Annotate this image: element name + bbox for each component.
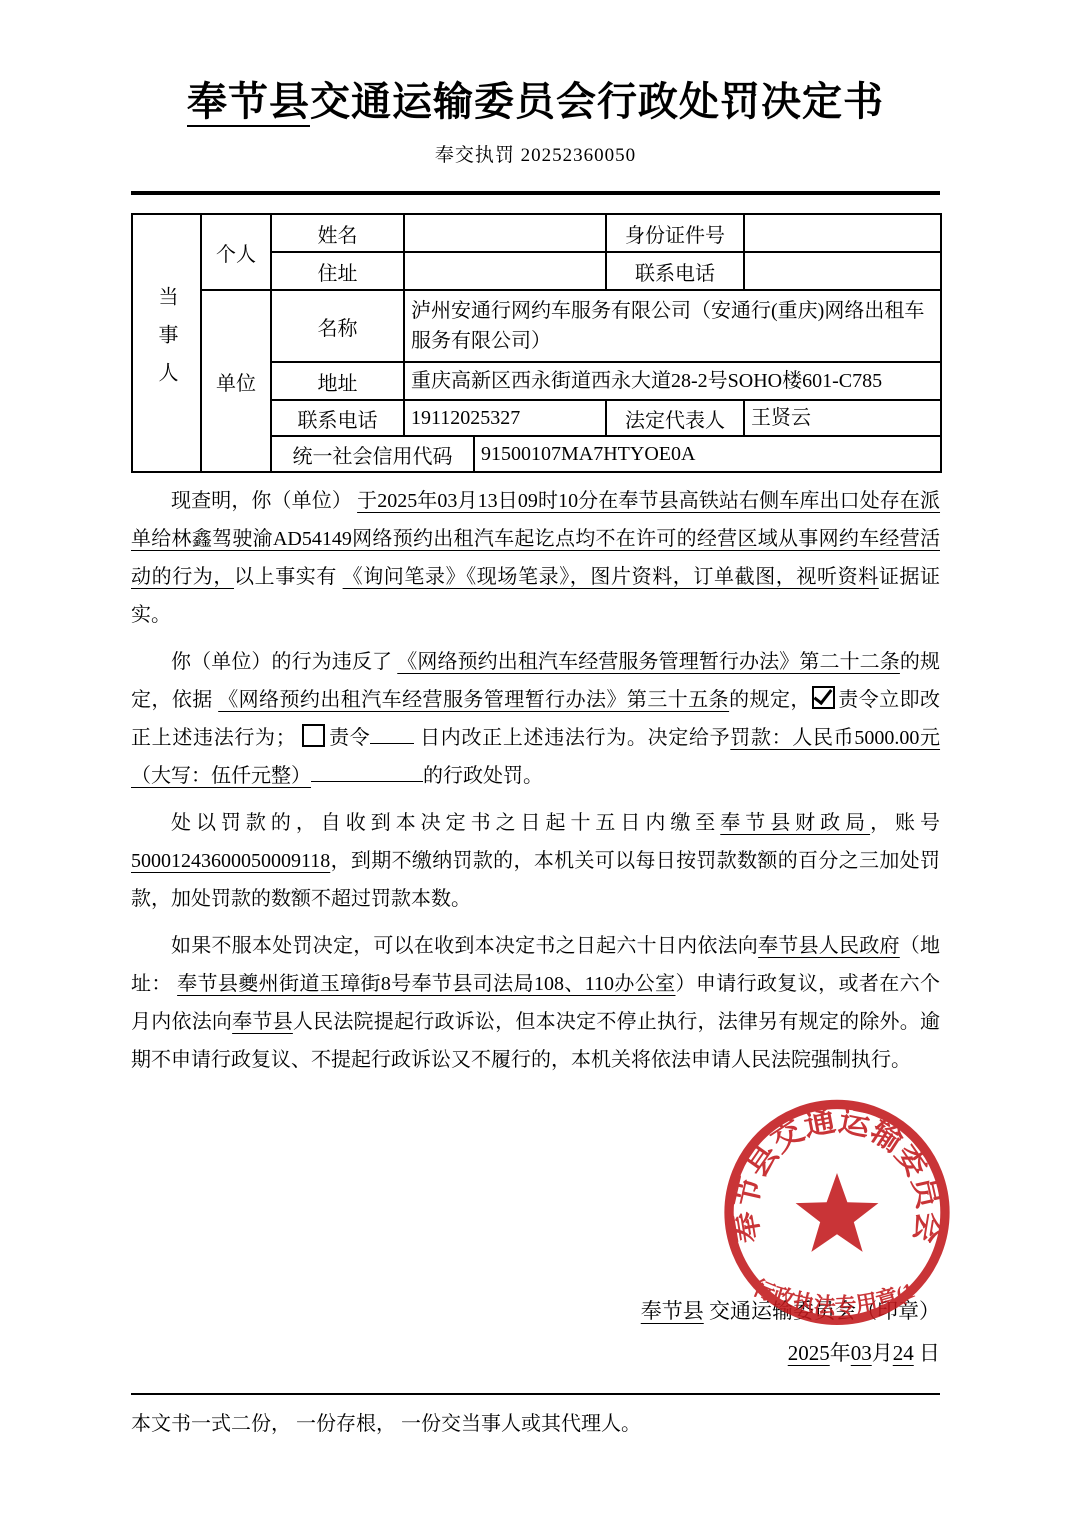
text-segment: 24 — [893, 1341, 914, 1365]
svg-text:奉节县交通运输委员会: 奉节县交通运输委员会 — [727, 1103, 947, 1246]
seal-star-icon — [796, 1173, 879, 1252]
uscc-value: 91500107MA7HTYOE0A — [474, 436, 941, 472]
text-segment: 你（单位）的行为违反了 — [171, 651, 397, 673]
text-segment: 日内改正上述违法行为。决定给予 — [414, 727, 730, 749]
text-segment: 《网络预约出租汽车经营服务管理暂行办法》第二十二条 — [397, 651, 900, 673]
text-segment: 奉节县 — [232, 1011, 293, 1033]
text-segment: 年 — [830, 1341, 851, 1365]
text-segment: 现查明，你（单位） — [171, 490, 357, 512]
id-value — [744, 214, 941, 252]
blank-underline — [311, 761, 423, 782]
document-content: 奉节县交通运输委员会行政处罚决定书 奉交执罚 20252360050 当事人 个… — [131, 0, 940, 1079]
issue-date: 2025年03月24 日 — [641, 1332, 940, 1374]
text-segment: 日 — [914, 1341, 940, 1365]
payment-paragraph: 处以罚款的，自收到本决定书之日起十五日内缴至奉节县财政局，账号500012436… — [131, 804, 940, 918]
table-row: 单位 名称 泸州安通行网约车服务有限公司（安通行(重庆)网络出租车服务有限公司） — [132, 290, 941, 362]
text-segment: 月 — [872, 1341, 893, 1365]
document-title: 奉节县交通运输委员会行政处罚决定书 — [131, 78, 940, 126]
text-segment: 奉节县财政局 — [720, 812, 870, 834]
text-segment: 责令 — [328, 727, 370, 749]
seal-ring — [729, 1104, 945, 1320]
issuing-agency-line: 奉节县 交通运输委员会（印章） — [641, 1290, 940, 1332]
uscc-label: 统一社会信用代码 — [271, 436, 474, 472]
name-value — [404, 214, 606, 252]
checkbox-checked-icon — [812, 686, 835, 709]
address-label: 住址 — [271, 252, 404, 290]
header-divider — [131, 191, 940, 195]
text-segment: 如果不服本处罚决定，可以在收到本决定书之日起六十日内依法向 — [171, 935, 758, 957]
text-segment: 奉节县夔州街道玉璋街8号奉节县司法局108、110办公室 — [177, 973, 675, 995]
text-segment: 《网络预约出租汽车经营服务管理暂行办法》第三十五条 — [218, 689, 729, 711]
penalty-decision-document: 奉节县交通运输委员会行政处罚决定书 奉交执罚 20252360050 当事人 个… — [0, 0, 1074, 1520]
svg-text:行政执法专用章(1): 行政执法专用章(1) — [712, 1092, 918, 1318]
address-value — [404, 252, 606, 290]
legal-rep-label: 法定代表人 — [606, 400, 744, 436]
text-segment: 处以罚款的，自收到本决定书之日起十五日内缴至 — [171, 812, 720, 834]
table-row: 当事人 个人 姓名 身份证件号 — [132, 214, 941, 252]
text-segment: 《询问笔录》《现场笔录》，图片资料，订单截图，视听资料 — [343, 566, 879, 588]
text-segment: 03 — [851, 1341, 872, 1365]
person-label: 个人 — [201, 214, 271, 290]
text-segment: ，账号 — [870, 812, 940, 834]
phone-label: 联系电话 — [606, 252, 744, 290]
text-segment: 50001243600050009118 — [131, 850, 330, 872]
appeal-paragraph: 如果不服本处罚决定，可以在收到本决定书之日起六十日内依法向奉节县人民政府（地址：… — [131, 927, 940, 1079]
text-segment: 的规定， — [729, 689, 811, 711]
violation-decision-paragraph: 你（单位）的行为违反了 《网络预约出租汽车经营服务管理暂行办法》第二十二条的规定… — [131, 643, 940, 795]
party-label: 当事人 — [132, 214, 201, 472]
document-number: 奉交执罚 20252360050 — [131, 140, 940, 167]
seal-ring-text: 奉节县交通运输委员会 — [727, 1103, 947, 1246]
footer-divider — [131, 1393, 940, 1395]
seal-bottom-text: 行政执法专用章(1) — [712, 1092, 918, 1318]
text-segment: 交通运输委员会（印章） — [704, 1299, 940, 1323]
facts-paragraph: 现查明，你（单位） 于2025年03月13日09时10分在奉节县高铁站右侧车库出… — [131, 482, 940, 634]
title-rest: 交通运输委员会行政处罚决定书 — [310, 80, 884, 124]
title-agency-name: 奉节县 — [187, 80, 310, 127]
unit-name-value: 泸州安通行网约车服务有限公司（安通行(重庆)网络出租车服务有限公司） — [404, 290, 941, 362]
unit-address-value: 重庆高新区西永街道西永大道28-2号SOHO楼601-C785 — [404, 362, 941, 400]
phone-value — [744, 252, 941, 290]
id-label: 身份证件号 — [606, 214, 744, 252]
text-segment: 奉节县 — [641, 1299, 704, 1323]
text-segment: 的行政处罚。 — [423, 765, 543, 787]
unit-phone-value: 19112025327 — [404, 400, 606, 436]
unit-address-label: 地址 — [271, 362, 404, 400]
party-info-table: 当事人 个人 姓名 身份证件号 住址 联系电话 单位 名称 泸州安通行网约车服务… — [131, 213, 942, 473]
text-segment: 2025 — [788, 1341, 830, 1365]
document-body: 现查明，你（单位） 于2025年03月13日09时10分在奉节县高铁站右侧车库出… — [131, 482, 940, 1079]
blank-underline — [370, 723, 414, 744]
text-segment: 以上事实有 — [234, 566, 343, 588]
legal-rep-value: 王贤云 — [744, 400, 941, 436]
footer-note: 本文书一式二份， 一份存根， 一份交当事人或其代理人。 — [131, 1405, 940, 1443]
name-label: 姓名 — [271, 214, 404, 252]
checkbox-empty-icon — [302, 724, 325, 747]
signature-block: 奉节县 交通运输委员会（印章） 2025年03月24 日 — [641, 1290, 940, 1374]
text-segment: 奉节县人民政府 — [758, 935, 900, 957]
unit-label: 单位 — [201, 290, 271, 472]
unit-name-label: 名称 — [271, 290, 404, 362]
unit-phone-label: 联系电话 — [271, 400, 404, 436]
